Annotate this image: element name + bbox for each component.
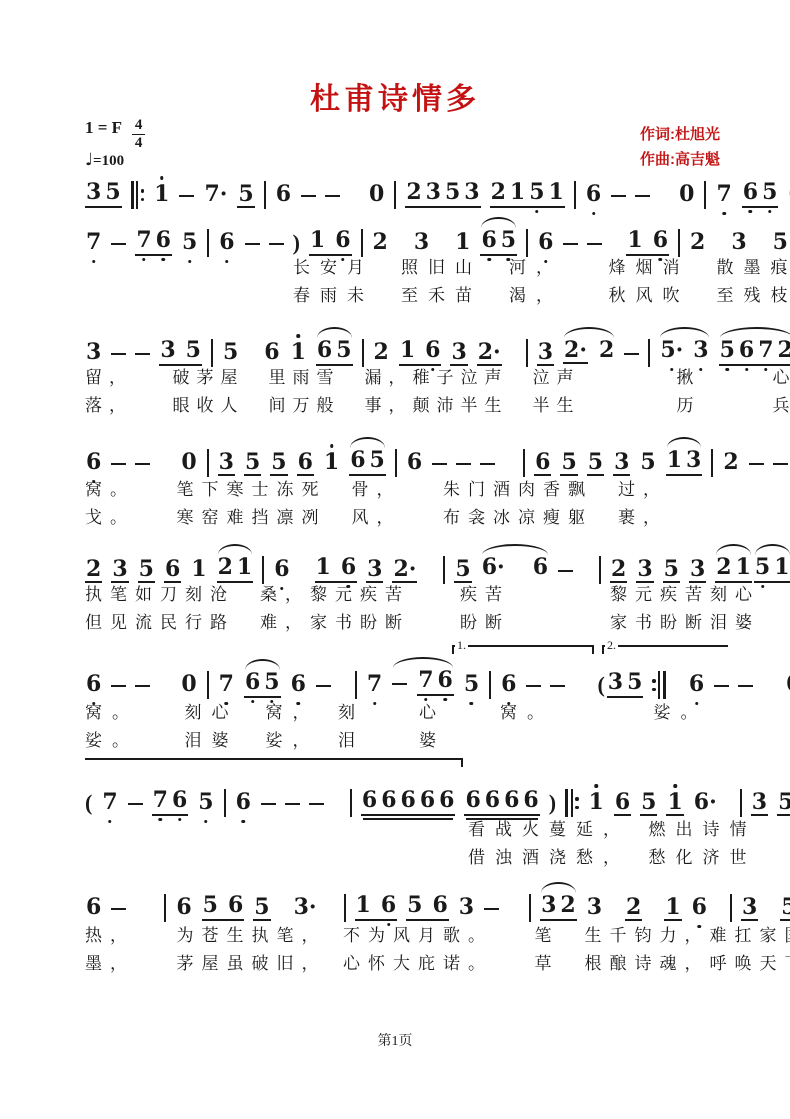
spacer [762, 697, 776, 698]
note: 5 [335, 338, 352, 364]
dash-note [484, 908, 499, 911]
note: 5 [780, 895, 790, 921]
spacer [159, 475, 171, 476]
tempo-value: =100 [93, 153, 124, 169]
barline [224, 789, 226, 817]
note-group: 13 [666, 448, 703, 476]
note: 2 [598, 338, 615, 364]
note: 2 [689, 230, 706, 256]
note-group: 66666 [361, 788, 456, 816]
note: 7 [218, 672, 235, 698]
lyric-line: 执笔如刀刻沧 桑，黎元疾苦 疾苦 黎元疾苦刻心 [85, 585, 760, 605]
dash-note [111, 353, 126, 356]
note: 1 [588, 790, 605, 816]
note: 3 [218, 450, 235, 476]
spacer [582, 582, 590, 583]
parenthesis: ( [85, 790, 92, 816]
note: 3 [689, 557, 706, 583]
dash-note [587, 243, 602, 246]
note: 6 [175, 895, 192, 921]
note-group: 65 [349, 448, 386, 476]
spacer [333, 815, 341, 816]
spacer [508, 920, 520, 921]
barline [361, 229, 363, 257]
barline [648, 339, 650, 367]
barline [704, 181, 706, 209]
note: 3 [636, 557, 653, 583]
barline [730, 894, 732, 922]
note-group: 35 [159, 338, 202, 366]
note: 3 [366, 557, 383, 583]
note: 2· [477, 340, 502, 366]
note: 2 [373, 340, 390, 366]
music-line-2: 77656)162316561623565 [85, 228, 790, 256]
note: 3 [741, 895, 758, 921]
note: 6 [438, 788, 455, 814]
note: 6 [419, 788, 436, 814]
dash-note [135, 463, 150, 466]
time-top: 4 [135, 118, 143, 133]
barline [207, 449, 209, 477]
note-group: 21 [715, 555, 752, 583]
note: 6 [437, 668, 454, 694]
note: 6 [244, 670, 261, 696]
spacer [349, 207, 359, 208]
dash-note [261, 803, 276, 806]
note: 5 [263, 670, 280, 696]
note-group: 65 [742, 180, 779, 208]
dash-note [301, 195, 316, 198]
note: 1 [309, 228, 326, 254]
note: 2 [85, 557, 102, 583]
repeat-barline [571, 789, 573, 817]
dash-note [635, 195, 650, 198]
parenthesis: ) [293, 230, 300, 256]
note: 6 [275, 182, 292, 208]
note: 5 [138, 557, 155, 583]
barline [523, 449, 525, 477]
time-signature: 4 4 [132, 118, 145, 151]
dash-note [714, 685, 729, 688]
note: 6 [500, 672, 517, 698]
note: 6 [431, 893, 448, 919]
note: 5 [640, 790, 657, 816]
time-bottom: 4 [135, 136, 143, 151]
dash-note [179, 195, 194, 198]
note: 6 [688, 672, 705, 698]
note: 6 [742, 180, 759, 206]
note: 2 [217, 555, 234, 581]
sheet-music-page: 杜甫诗情多 1 = F 4 4 ♩=100 作词:杜旭光 作曲:高吉魁 3517… [0, 0, 790, 1119]
key-label: 1 = F [85, 118, 122, 138]
spacer [426, 582, 434, 583]
spacer [612, 920, 616, 921]
note: 3 [692, 338, 709, 364]
note: 5 [406, 893, 423, 919]
barline [526, 339, 528, 367]
note: 7 [85, 230, 102, 256]
note: 5 [454, 557, 471, 583]
music-line-7: (77656666666666)16516·3551 [85, 788, 790, 816]
note: 7 [366, 672, 383, 698]
dash-note [269, 243, 284, 246]
note: 5 [202, 893, 219, 919]
dash-note [611, 195, 626, 198]
spacer [611, 255, 617, 256]
barline [362, 339, 364, 367]
spacer [510, 580, 528, 581]
note: 1 [666, 790, 683, 816]
note: 3 [607, 670, 624, 696]
note: 1 [315, 555, 332, 581]
barline [262, 556, 264, 584]
note: 6 [738, 338, 755, 364]
song-title: 杜甫诗情多 [0, 74, 790, 118]
repeat-barline [131, 181, 134, 209]
note: 5 [528, 180, 545, 206]
repeat-barline [565, 789, 568, 817]
note: 0 [180, 672, 197, 698]
note-group: 65 [244, 670, 281, 698]
note: 6 [155, 228, 172, 254]
note: 1 [509, 180, 526, 206]
note: 2 [722, 450, 739, 476]
note: 6 [164, 557, 181, 583]
barline [740, 789, 742, 817]
barline [678, 229, 680, 257]
note: 6 [585, 182, 602, 208]
music-line-6: 60765677656(3560 [85, 668, 790, 698]
dash-note [563, 243, 578, 246]
barline [443, 556, 445, 584]
note: 5 [587, 450, 604, 476]
note: 5 [253, 895, 270, 921]
note-group: 2·2 [563, 338, 615, 366]
note: 6 [534, 450, 551, 476]
note: 3 [463, 180, 480, 206]
note: 1 [735, 555, 752, 581]
note: 5 [237, 182, 254, 208]
note: 3 [730, 230, 747, 256]
note: 3 [540, 893, 557, 919]
note-group: 56 [406, 893, 449, 921]
note: 5 [369, 448, 386, 474]
note: 1 [666, 448, 683, 474]
note: 3 [159, 338, 176, 364]
note: 6 [218, 230, 235, 256]
note: 3 [111, 557, 128, 583]
spacer [727, 815, 731, 816]
lyric-line: 落， 眼收人 间万般 事，颠沛半生 半生 历 兵 [85, 396, 790, 416]
composer-credit: 作曲:高吉魁 [640, 147, 720, 172]
repeat-begin-sign [131, 181, 145, 209]
barline [574, 181, 576, 209]
note-group: 16 [626, 228, 669, 256]
note: 2 [715, 555, 732, 581]
note: 5 [104, 180, 121, 206]
note-group: 5672 [719, 338, 790, 366]
dash-note [111, 685, 126, 688]
note: 6 [400, 788, 417, 814]
spacer [574, 697, 588, 698]
lyric-line: 留， 破茅屋 里雨雪 漏，稚子泣声 泣声 揪 心 [85, 368, 790, 388]
credits: 作词:杜旭光 作曲:高吉魁 [640, 122, 720, 172]
note: 7 [757, 338, 774, 364]
barline [344, 894, 346, 922]
dash-note [558, 570, 573, 573]
note: 3 [85, 180, 102, 206]
note: 7 [715, 182, 732, 208]
note: 2 [610, 557, 627, 583]
spacer [715, 255, 721, 256]
spacer [717, 920, 721, 921]
note: 7 [101, 790, 118, 816]
barline [207, 229, 209, 257]
note: 3 [413, 230, 430, 256]
note-group: 35 [85, 180, 122, 208]
note: 5 [777, 790, 790, 816]
repeat-barline [658, 671, 660, 699]
note: 5 [663, 557, 680, 583]
note: 5 [185, 338, 202, 364]
note: 2 [405, 180, 422, 206]
dash-note [285, 803, 300, 806]
note: 6 [484, 788, 501, 814]
dash-note [624, 353, 639, 356]
lyric-line: 但见流民行路 难，家书盼断 盼断 家书盼断泪婆 [85, 613, 760, 633]
note: 1 [626, 228, 643, 254]
spacer [135, 920, 155, 921]
repeat-barline [136, 181, 138, 209]
note: 1 [236, 555, 253, 581]
note: 1 [399, 338, 416, 364]
page-number: 第1页 [0, 1030, 790, 1050]
double-beam-line [363, 818, 454, 821]
note: 1 [153, 182, 170, 208]
lyric-line: 墨， 茅屋虽破旧， 心怀大庇诺。 草 根酿诗魂，呼唤天下 [85, 954, 790, 974]
note: 6 [652, 228, 669, 254]
music-line-1: 3517·56023532151607656 [85, 180, 790, 208]
note-group: 2151 [490, 180, 565, 208]
dash-note [111, 243, 126, 246]
note: 6 [380, 788, 397, 814]
repeat-dots [575, 797, 579, 809]
note: 6 [290, 672, 307, 698]
note: 3 [586, 895, 603, 921]
note: 3 [751, 790, 768, 816]
parenthesis: ( [597, 672, 604, 698]
note: 6 [380, 893, 397, 919]
note: 5 [500, 228, 517, 254]
spacer [511, 365, 517, 366]
dash-note [309, 803, 324, 806]
dash-note [738, 685, 753, 688]
note: 6 [235, 790, 252, 816]
note: 6 [480, 228, 497, 254]
note: 1 [664, 895, 681, 921]
note-group: 16 [315, 555, 358, 583]
note-group: 35 [607, 670, 644, 698]
lyric-line: 窝。 刻心 窝， 刻 心 窝。 娑。 [85, 703, 708, 723]
note: 3 [450, 340, 467, 366]
volta-bracket-1: 1. [452, 645, 594, 655]
note: 3 [425, 180, 442, 206]
note: 6 [532, 555, 549, 581]
note: 5· [659, 338, 684, 364]
note-group: 2353 [405, 180, 480, 208]
note-group: 21 [217, 555, 254, 583]
note: 6 [349, 448, 366, 474]
barline [395, 449, 397, 477]
note-group: 76 [392, 668, 454, 698]
note: 6 [297, 450, 314, 476]
spacer [651, 920, 655, 921]
parenthesis: ) [549, 790, 556, 816]
note-group: 16 [355, 893, 398, 921]
note: 5 [270, 450, 287, 476]
note: 6 [85, 672, 102, 698]
spacer [675, 697, 679, 698]
spacer [439, 255, 445, 256]
dash-note [432, 463, 447, 466]
spacer [327, 920, 335, 921]
note: 2 [490, 180, 507, 206]
note: 7 [417, 668, 434, 694]
note-group: 6·6 [481, 555, 549, 583]
note-group: 65 [480, 228, 517, 256]
dash-note [550, 685, 565, 688]
lyric-line: 热， 为苍生执笔， 不为风月歌。 笔 生千钧力，难扛家国 [85, 926, 790, 946]
note: 7· [203, 182, 228, 208]
note: 5 [463, 672, 480, 698]
barline [350, 789, 352, 817]
note: 6 [263, 340, 280, 366]
note-group: 76 [152, 788, 189, 816]
dash-note [128, 803, 143, 806]
note: 2 [372, 230, 389, 256]
note: 2· [392, 557, 417, 583]
dash-note [111, 908, 126, 911]
spacer [757, 255, 763, 256]
note: 6 [171, 788, 188, 814]
repeat-dots [652, 679, 656, 691]
note-group: 16 [309, 228, 352, 256]
key-signature: 1 = F 4 4 [85, 118, 145, 151]
dash-note [111, 463, 126, 466]
note: 1 [355, 893, 372, 919]
note: 6 [334, 228, 351, 254]
barline [264, 181, 266, 209]
note: 6 [273, 557, 290, 583]
note: 6 [227, 893, 244, 919]
quarter-note-icon: ♩ [85, 150, 93, 170]
note: 1 [454, 230, 471, 256]
note: 2 [777, 338, 790, 364]
dash-note [456, 463, 471, 466]
note: 0 [678, 182, 695, 208]
note: 1 [323, 450, 340, 476]
spacer [280, 920, 284, 921]
note: 1 [773, 555, 790, 581]
note: 6· [693, 790, 718, 816]
music-line-5: 235612161632·56·623532151 [85, 555, 790, 583]
music-line-8: 665653·165633232163515 [85, 893, 790, 921]
dash-note [392, 683, 407, 686]
repeat-begin-sign [565, 789, 579, 817]
barline [211, 339, 213, 367]
dash-note [325, 195, 340, 198]
note-group: 76 [135, 228, 172, 256]
note: 7 [152, 788, 169, 814]
note-group: 5·3 [659, 338, 709, 366]
repeat-barline [663, 671, 666, 699]
barline [526, 229, 528, 257]
note-group: 16 [399, 338, 442, 366]
dash-note [316, 685, 331, 688]
note: 6 [340, 555, 357, 581]
note: 3 [85, 340, 102, 366]
music-line-3: 3355616521632·32·25·35672 [85, 338, 790, 366]
barline [711, 449, 713, 477]
barline [529, 894, 531, 922]
note: 0 [785, 672, 790, 698]
note-group: 65 [316, 338, 353, 366]
volta-bracket-2-continuation [85, 758, 463, 768]
note: 6 [614, 790, 631, 816]
spacer [159, 697, 171, 698]
dash-note [245, 243, 260, 246]
note: 6 [406, 450, 423, 476]
dash-note [480, 463, 495, 466]
note: 2· [563, 338, 588, 364]
dash-note [773, 463, 788, 466]
note: 2 [559, 893, 576, 919]
spacer [659, 207, 669, 208]
note: 0 [180, 450, 197, 476]
dash-note [135, 353, 150, 356]
note: 6 [361, 788, 378, 814]
note: 3 [613, 450, 630, 476]
spacer [398, 255, 404, 256]
note-group: 6666 [464, 788, 539, 816]
lyric-line: 窝。 笔下寒士冻死 骨， 朱门酒肉香飘 过， [85, 480, 668, 500]
note: 7 [135, 228, 152, 254]
note-group: 76 [417, 668, 454, 696]
note: 5 [560, 450, 577, 476]
note: 5 [639, 450, 656, 476]
note: 5 [444, 180, 461, 206]
note: 5 [222, 340, 239, 366]
note: 5 [181, 230, 198, 256]
note: 3 [537, 340, 554, 366]
note-group: 56 [202, 893, 245, 921]
note: 5 [772, 230, 789, 256]
lyric-line: 戈。 寒窑难挡凛冽 风， 布衾冰凉瘦躯 裹， [85, 508, 668, 528]
note: 2 [625, 895, 642, 921]
note: 5 [761, 180, 778, 206]
note: 3 [685, 448, 702, 474]
note: 6 [316, 338, 333, 364]
dash-note [135, 685, 150, 688]
barline [207, 671, 209, 699]
note: 6 [503, 788, 520, 814]
spacer [767, 920, 771, 921]
barline [394, 181, 396, 209]
note-group: 32 [540, 893, 577, 921]
spacer [300, 582, 306, 583]
note: 5 [719, 338, 736, 364]
repeat-end-sign [652, 671, 666, 699]
